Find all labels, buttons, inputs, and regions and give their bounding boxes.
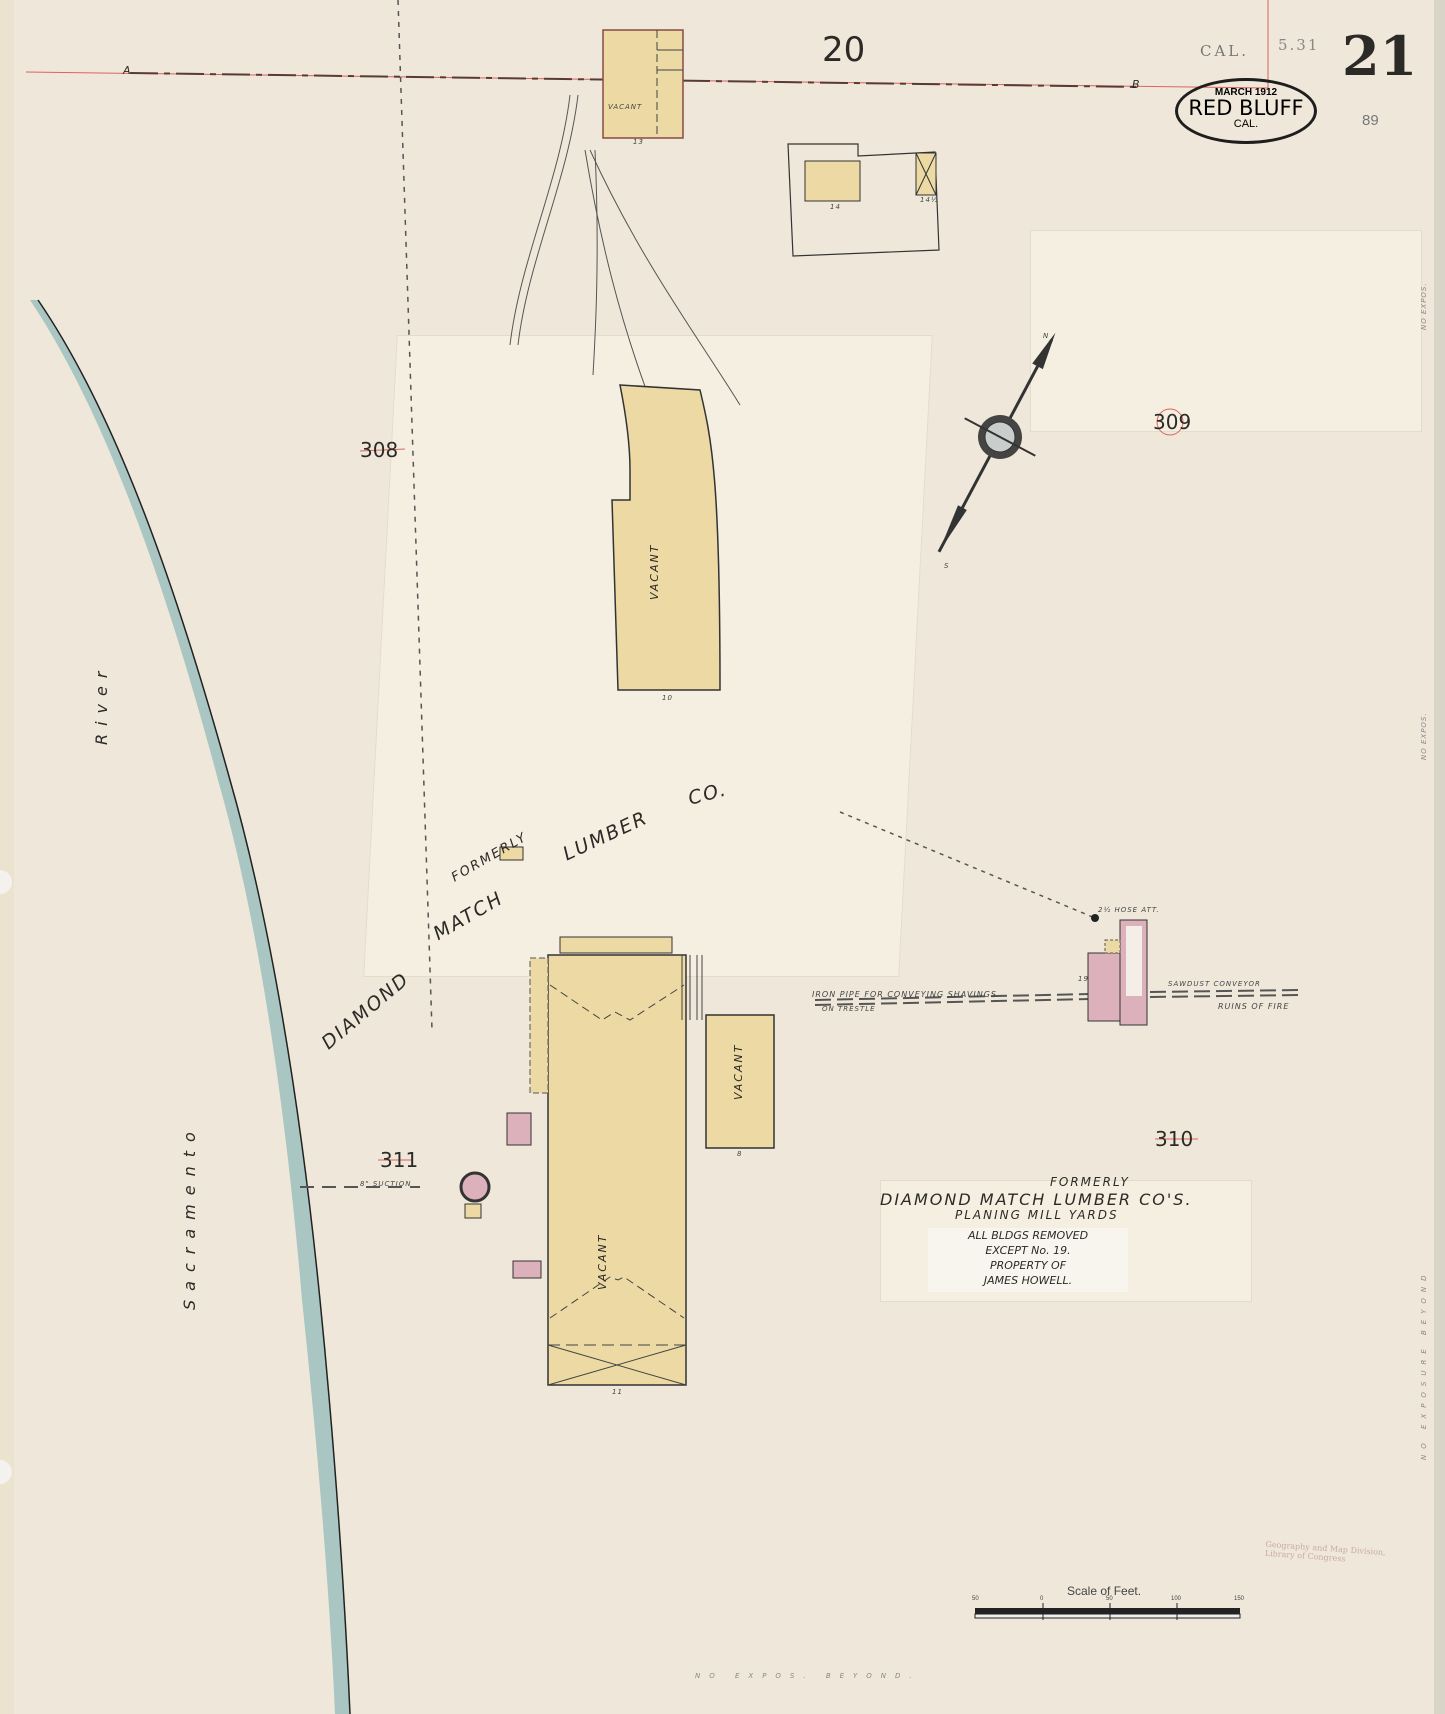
on-trestle-label: ON TRESTLE [822, 1005, 876, 1013]
building-10-label: VACANT [648, 544, 661, 600]
building-19-number: 19 [1078, 975, 1089, 983]
map-drawing [0, 0, 1445, 1714]
state-stamp: CAL. [1200, 42, 1249, 60]
title-stamp: MARCH 1912 RED BLUFF CAL. [1175, 78, 1317, 144]
yard-note-line4: JAMES HOWELL. [928, 1273, 1128, 1288]
scale-tick: 0 [1040, 1596, 1043, 1602]
building-14-number: 14 [830, 203, 841, 211]
block-number-309: 309 [1153, 410, 1191, 434]
block-number-311: 311 [380, 1148, 418, 1172]
section-line-start: A [123, 64, 133, 77]
yard-note-line3: PROPERTY OF [928, 1258, 1128, 1273]
scale-tick: 50 [1106, 1596, 1113, 1602]
suction-pipe-label: 8" SUCTION [360, 1180, 411, 1188]
iron-pipe-label: IRON PIPE FOR CONVEYING SHAVINGS [812, 990, 997, 999]
yard-planing-mill: PLANING MILL YARDS [955, 1208, 1119, 1222]
building-13-number: 13 [633, 138, 644, 146]
scale-title: Scale of Feet. [1067, 1584, 1141, 1598]
river-label-river: River [92, 664, 111, 745]
stamp-city: RED BLUFF [1178, 98, 1314, 118]
compass-south: S [944, 562, 949, 570]
volume-code: 5.31 [1278, 36, 1319, 54]
yard-formerly: FORMERLY [1050, 1175, 1130, 1189]
yard-company-name: DIAMOND MATCH LUMBER CO'S. [880, 1190, 1193, 1209]
building-11-label: VACANT [596, 1234, 609, 1290]
block-number-308: 308 [360, 438, 398, 462]
building-8-label: VACANT [732, 1044, 745, 1100]
sawdust-conveyor-label: SAWDUST CONVEYOR [1168, 980, 1261, 988]
river-label-sacramento: Sacramento [180, 1123, 199, 1310]
no-exposure-beyond-right: NO EXPOSURE BEYOND [1420, 1269, 1428, 1460]
yard-note-line1: ALL BLDGS REMOVED [928, 1228, 1128, 1243]
compass-north: N [1043, 332, 1049, 340]
yard-note: ALL BLDGS REMOVED EXCEPT No. 19. PROPERT… [928, 1228, 1128, 1292]
building-13-label: VACANT [608, 103, 642, 111]
section-line-end: B [1132, 78, 1142, 91]
scale-tick: 150 [1234, 1596, 1244, 1602]
building-14a-number: 14½ [920, 196, 939, 204]
yard-note-line2: EXCEPT No. 19. [928, 1243, 1128, 1258]
sheet-number: 21 [1342, 24, 1417, 88]
no-expos-right-top: NO EXPOS. [1420, 282, 1428, 330]
block-number-310: 310 [1155, 1127, 1193, 1151]
ruins-of-fire-label: RUINS OF FIRE [1218, 1002, 1289, 1011]
building-11-number: 11 [612, 1388, 623, 1396]
hose-attachment-label: 2½ HOSE ATT. [1098, 906, 1160, 914]
no-expos-right-mid: NO EXPOS. [1420, 712, 1428, 760]
building-8-number: 8 [737, 1150, 742, 1158]
scale-tick: 50 [972, 1596, 979, 1602]
page-pencil-number: 89 [1362, 112, 1379, 129]
scale-tick: 100 [1171, 1596, 1181, 1602]
building-10-number: 10 [662, 694, 673, 702]
adjacent-sheet-number: 20 [822, 30, 865, 70]
no-expos-beyond-bottom: NO EXPOS. BEYOND. [695, 1672, 921, 1680]
